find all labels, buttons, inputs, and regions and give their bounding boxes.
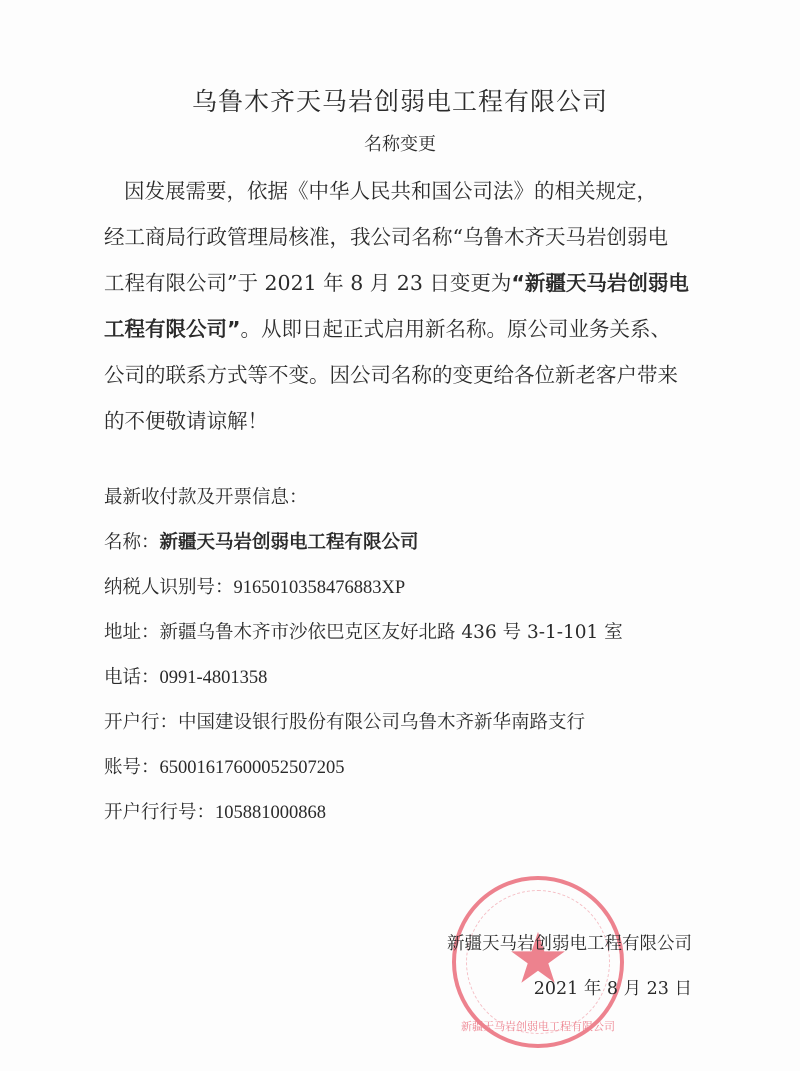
billing-tax-row: 纳税人识别号：9165010358476883XP [104,568,623,613]
document-subtitle: 名称变更 [0,130,800,156]
value: 65001617600052507205 [160,758,345,778]
text-span: 。从即日起正式启用新名称。原公司业务关系、 [240,317,671,341]
new-name-bold: “新疆天马岩创弱电 [511,271,688,295]
paragraph-line: 因发展需要，依据《中华人民共和国公司法》的相关规定， [104,168,704,214]
new-name-bold: 工程有限公司” [104,317,240,341]
billing-name-row: 名称：新疆天马岩创弱电工程有限公司 [104,523,623,568]
label: 地址： [104,622,160,643]
label: 开户行行号： [104,802,215,823]
paragraph-line: 工程有限公司”。从即日起正式启用新名称。原公司业务关系、 [104,306,704,352]
value: 中国建设银行股份有限公司乌鲁木齐新华南路支行 [178,712,585,733]
billing-info: 最新收付款及开票信息： 名称：新疆天马岩创弱电工程有限公司 纳税人识别号：916… [104,478,623,838]
notice-paragraph: 因发展需要，依据《中华人民共和国公司法》的相关规定， 经工商局行政管理局核准，我… [104,168,704,444]
signature-date: 2021 年 8 月 23 日 [534,975,692,1000]
label: 纳税人识别号： [104,577,234,598]
company-seal: ★ 新疆天马岩创弱电工程有限公司 [452,876,624,1048]
value: 新疆天马岩创弱电工程有限公司 [160,532,419,553]
label: 账号： [104,757,160,778]
label: 名称： [104,532,160,553]
document-title: 乌鲁木齐天马岩创弱电工程有限公司 [0,82,800,118]
billing-phone-row: 电话：0991-4801358 [104,658,623,703]
value: 0991-4801358 [160,668,268,688]
billing-account-row: 账号：65001617600052507205 [104,748,623,793]
billing-bank-row: 开户行：中国建设银行股份有限公司乌鲁木齐新华南路支行 [104,703,623,748]
text-span: 工程有限公司”于 2021 年 8 月 23 日变更为 [104,271,511,295]
label: 电话： [104,667,160,688]
paragraph-line: 公司的联系方式等不变。因公司名称的变更给各位新老客户带来 [104,352,704,398]
value: 新疆乌鲁木齐市沙依巴克区友好北路 436 号 3-1-101 室 [160,622,623,643]
paragraph-line: 工程有限公司”于 2021 年 8 月 23 日变更为“新疆天马岩创弱电 [104,260,704,306]
billing-bank-code-row: 开户行行号：105881000868 [104,793,623,838]
label: 开户行： [104,712,178,733]
seal-text: 新疆天马岩创弱电工程有限公司 [461,1018,615,1034]
value: 9165010358476883XP [234,578,406,598]
paragraph-line: 的不便敬请谅解！ [104,398,704,444]
paragraph-line: 经工商局行政管理局核准，我公司名称“乌鲁木齐天马岩创弱电 [104,214,704,260]
billing-heading: 最新收付款及开票信息： [104,478,623,523]
billing-address-row: 地址：新疆乌鲁木齐市沙依巴克区友好北路 436 号 3-1-101 室 [104,613,623,658]
signature-company: 新疆天马岩创弱电工程有限公司 [447,930,692,955]
value: 105881000868 [215,803,326,823]
